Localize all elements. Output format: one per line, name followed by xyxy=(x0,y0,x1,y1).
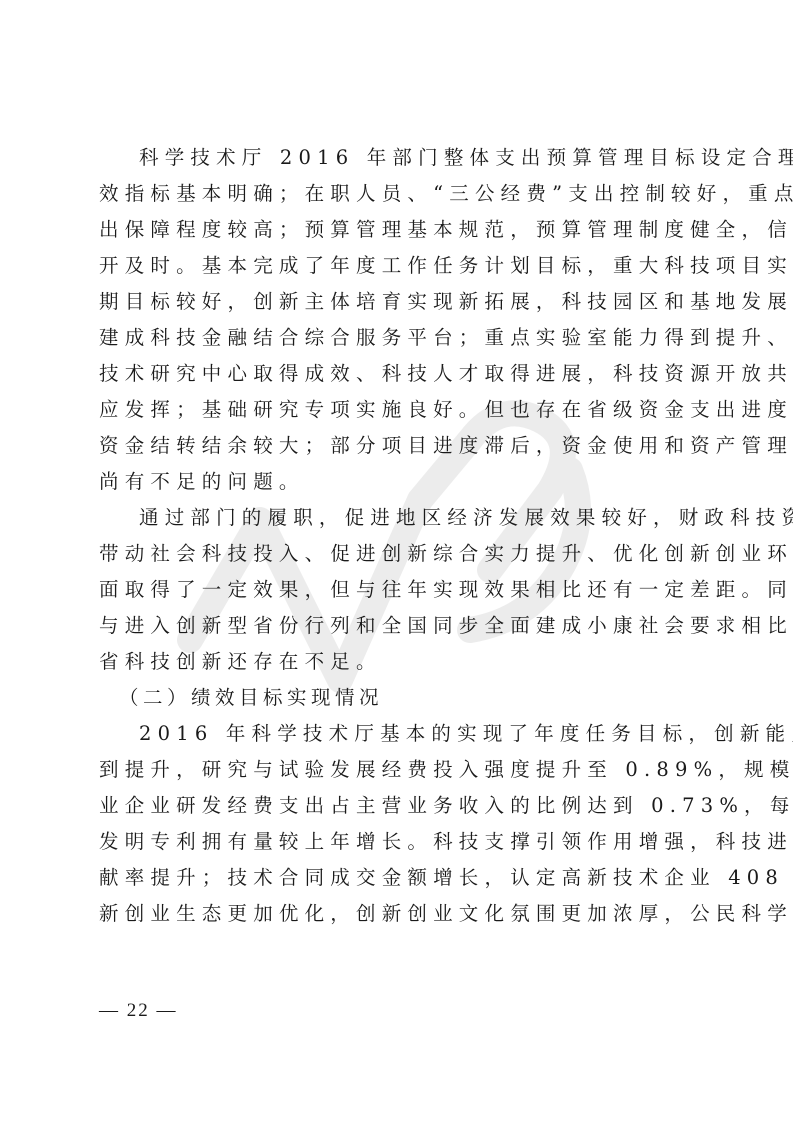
text-line: 业企业研发经费支出占主营业务收入的比例达到 0.73%，每万人口 xyxy=(99,788,695,824)
text-line: 通过部门的履职，促进地区经济发展效果较好，财政科技资金 xyxy=(99,500,695,536)
text-line: 期目标较好，创新主体培育实现新拓展，科技园区和基地发展良好， xyxy=(99,284,695,320)
text-line: 应发挥；基础研究专项实施良好。但也存在省级资金支出进度慢， xyxy=(99,392,695,428)
text-line: 出保障程度较高；预算管理基本规范，预算管理制度健全，信息公 xyxy=(99,212,695,248)
text-line: 与进入创新型省份行列和全国同步全面建成小康社会要求相比，我 xyxy=(99,608,695,644)
text-line: 面取得了一定效果，但与往年实现效果相比还有一定差距。同时， xyxy=(99,572,695,608)
paragraph-performance-effect: 通过部门的履职，促进地区经济发展效果较好，财政科技资金 带动社会科技投入、促进创… xyxy=(99,500,695,680)
text-line: 到提升，研究与试验发展经费投入强度提升至 0.89%，规模以上工 xyxy=(99,752,695,788)
text-line: 2016 年科学技术厅基本的实现了年度任务目标，创新能力得 xyxy=(99,716,695,752)
section-heading: （二）绩效目标实现情况 xyxy=(99,680,695,716)
text-line: 效指标基本明确；在职人员、“三公经费”支出控制较好，重点支 xyxy=(99,176,695,212)
paragraph-overall-assessment: 科学技术厅 2016 年部门整体支出预算管理目标设定合理、绩 效指标基本明确；在… xyxy=(99,140,695,500)
text-line: 技术研究中心取得成效、科技人才取得进展，科技资源开放共享效 xyxy=(99,356,695,392)
text-line: 新创业生态更加优化，创新创业文化氛围更加浓厚，公民科学文化 xyxy=(99,896,695,932)
text-line: 资金结转结余较大；部分项目进度滞后，资金使用和资产管理方面 xyxy=(99,428,695,464)
text-line: 建成科技金融结合综合服务平台；重点实验室能力得到提升、工程 xyxy=(99,320,695,356)
page-number: — 22 — xyxy=(99,996,178,1026)
text-line: 献率提升；技术合同成交金额增长，认定高新技术企业 408 家。创 xyxy=(99,860,695,896)
paragraph-target-achievement: 2016 年科学技术厅基本的实现了年度任务目标，创新能力得 到提升，研究与试验发… xyxy=(99,716,695,932)
text-line: 省科技创新还存在不足。 xyxy=(99,644,695,680)
text-line: 开及时。基本完成了年度工作任务计划目标，重大科技项目实现预 xyxy=(99,248,695,284)
text-line: 科学技术厅 2016 年部门整体支出预算管理目标设定合理、绩 xyxy=(99,140,695,176)
text-line: 发明专利拥有量较上年增长。科技支撑引领作用增强，科技进步贡 xyxy=(99,824,695,860)
document-body: 科学技术厅 2016 年部门整体支出预算管理目标设定合理、绩 效指标基本明确；在… xyxy=(99,140,695,932)
text-line: 带动社会科技投入、促进创新综合实力提升、优化创新创业环境方 xyxy=(99,536,695,572)
text-line: 尚有不足的问题。 xyxy=(99,464,695,500)
